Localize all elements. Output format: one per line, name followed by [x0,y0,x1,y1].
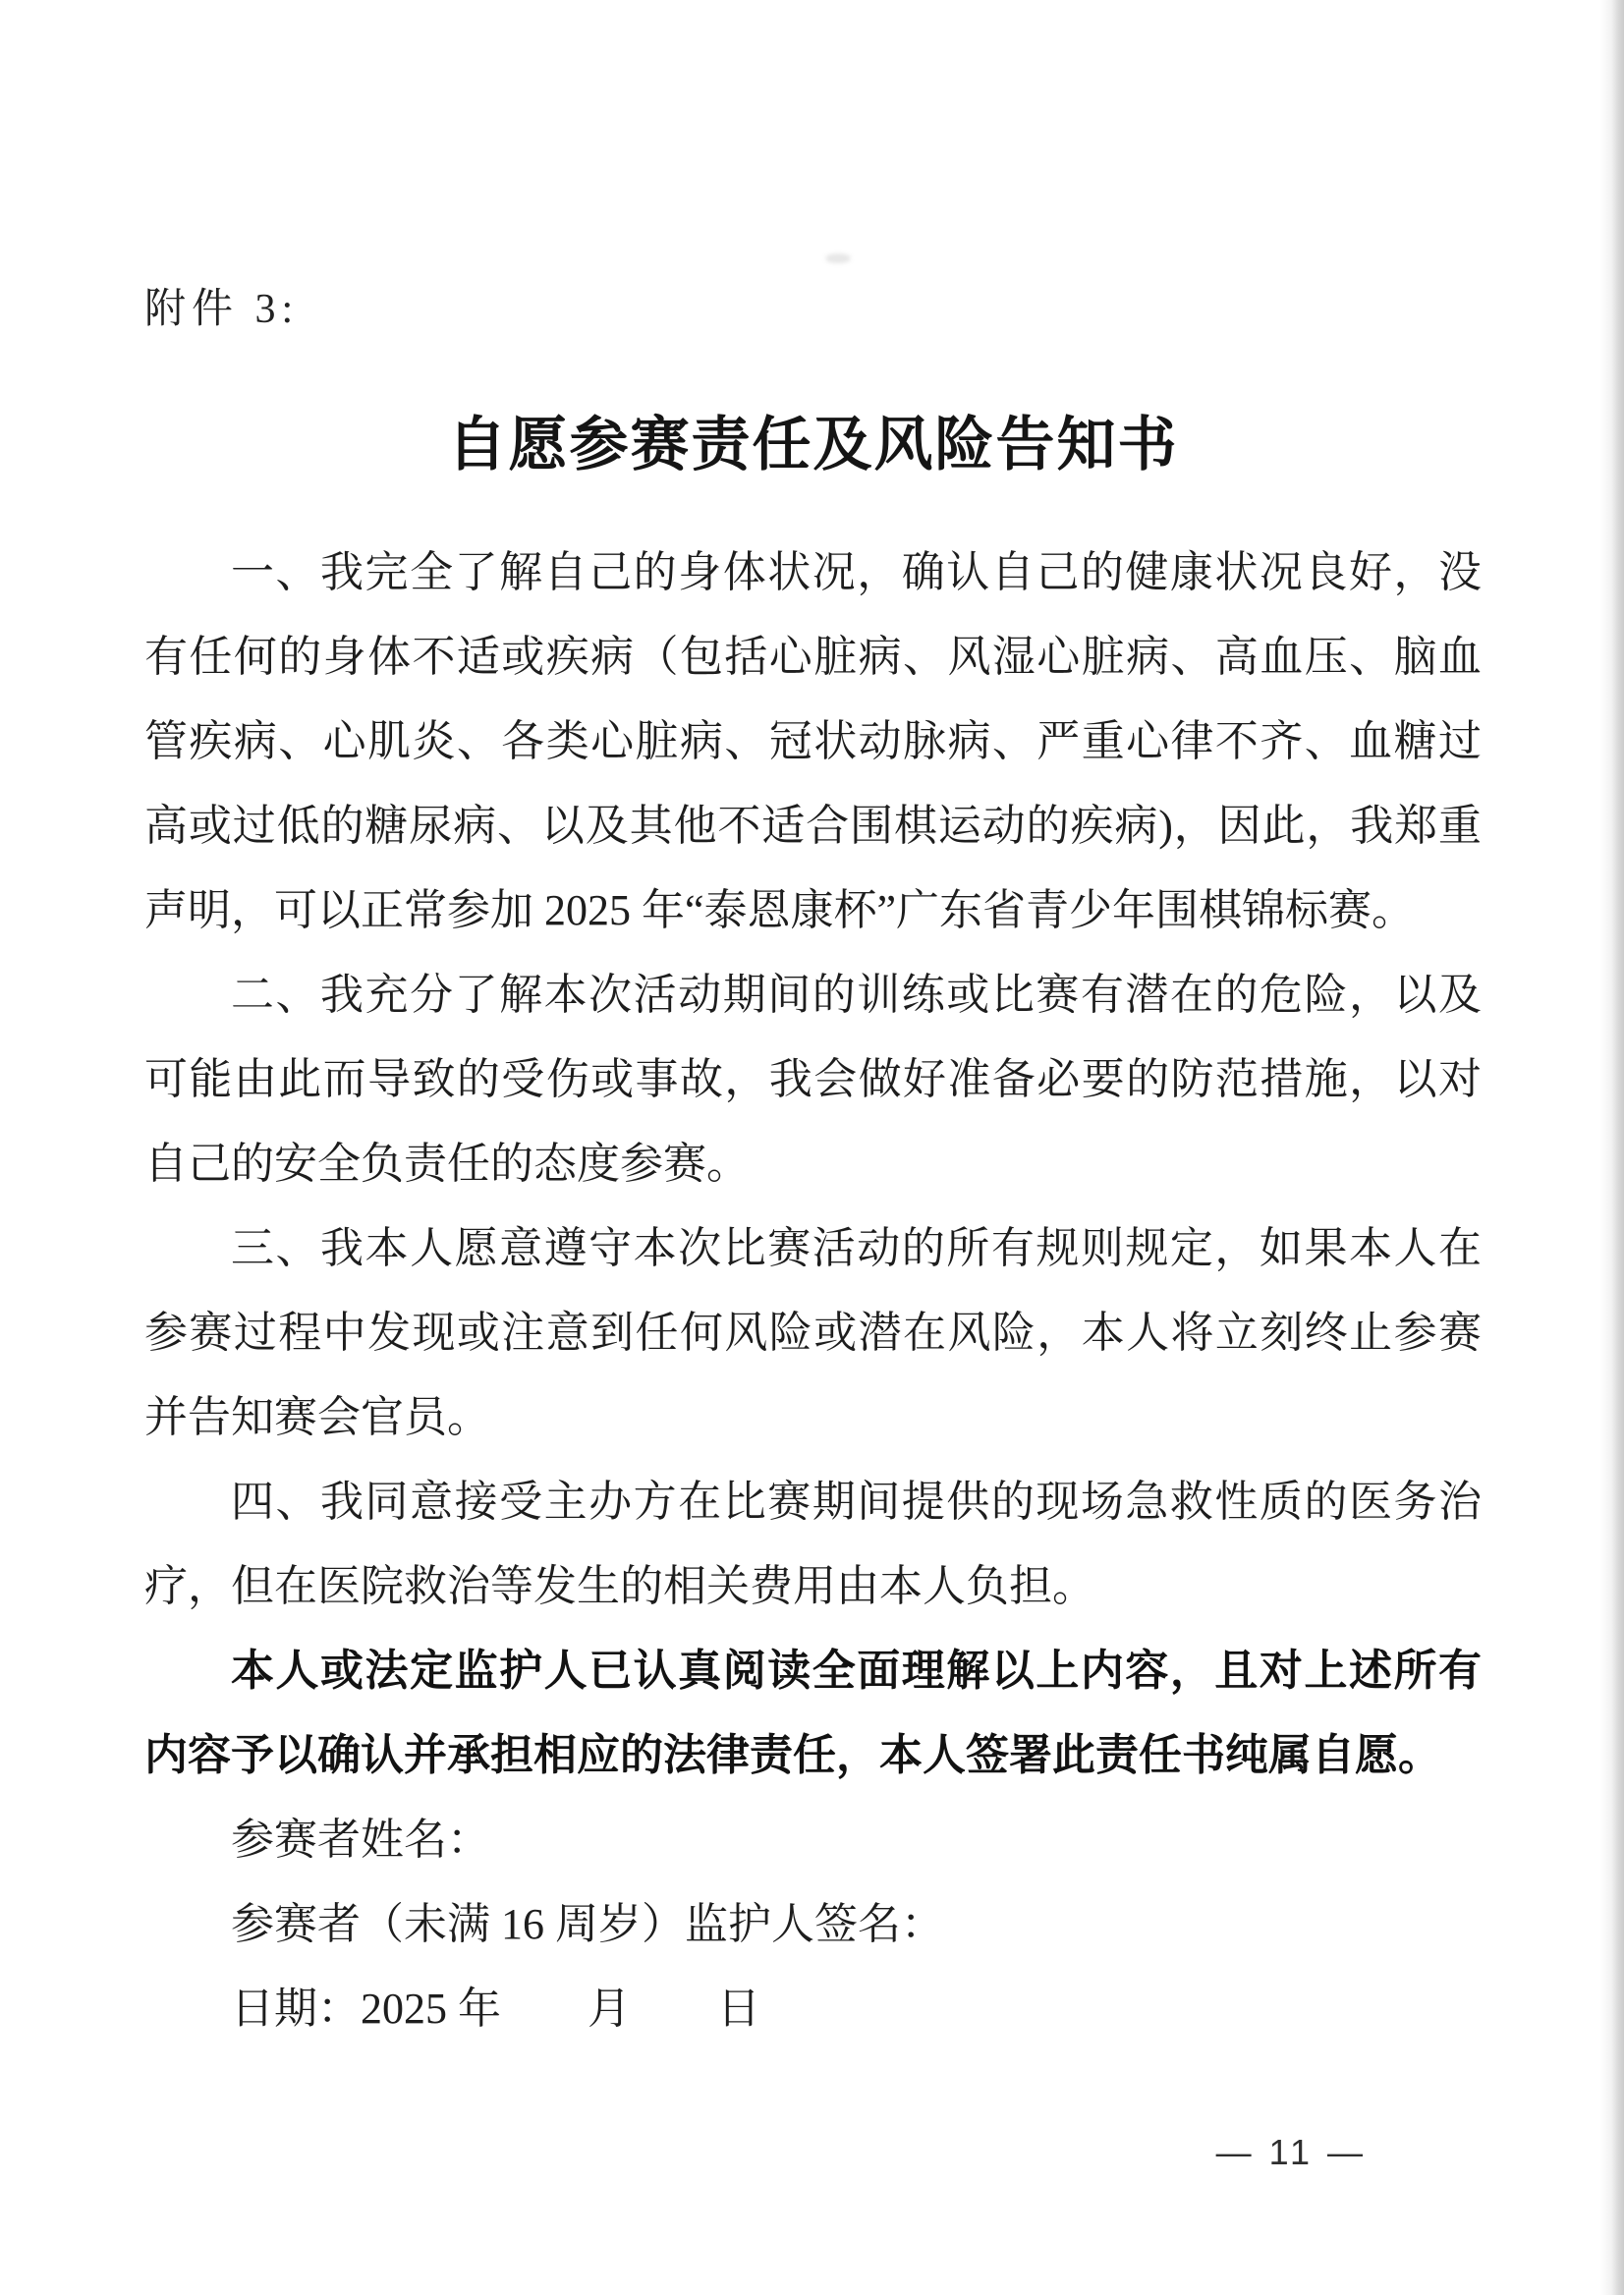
paragraph-2: 二、我充分了解本次活动期间的训练或比赛有潜在的危险，以及可能由此而导致的受伤或事… [144,953,1482,1206]
scan-edge-shadow [1600,0,1624,2295]
signature-line-date: 日期：2025 年 月 日 [144,1967,1482,2051]
page-number: — 11 — [1216,2132,1367,2173]
paragraph-declaration: 本人或法定监护人已认真阅读全面理解以上内容，且对上述所有内容予以确认并承担相应的… [144,1629,1482,1798]
paragraph-3: 三、我本人愿意遵守本次比赛活动的所有规则规定，如果本人在参赛过程中发现或注意到任… [144,1206,1482,1460]
attachment-label: 附件 3: [144,285,1482,334]
document-page: 附件 3: 自愿参赛责任及风险告知书 一、我完全了解自己的身体状况，确认自己的健… [0,0,1624,2295]
paragraph-4: 四、我同意接受主办方在比赛期间提供的现场急救性质的医务治疗，但在医院救治等发生的… [144,1460,1482,1629]
scan-artifact [825,253,851,263]
signature-line-guardian: 参赛者（未满 16 周岁）监护人签名： [144,1882,1482,1967]
document-title: 自愿参赛责任及风险告知书 [144,405,1482,485]
paragraph-1: 一、我完全了解自己的身体状况，确认自己的健康状况良好，没有任何的身体不适或疾病（… [144,531,1482,953]
signature-line-participant-name: 参赛者姓名： [144,1798,1482,1882]
document-body: 一、我完全了解自己的身体状况，确认自己的健康状况良好，没有任何的身体不适或疾病（… [144,531,1482,2051]
